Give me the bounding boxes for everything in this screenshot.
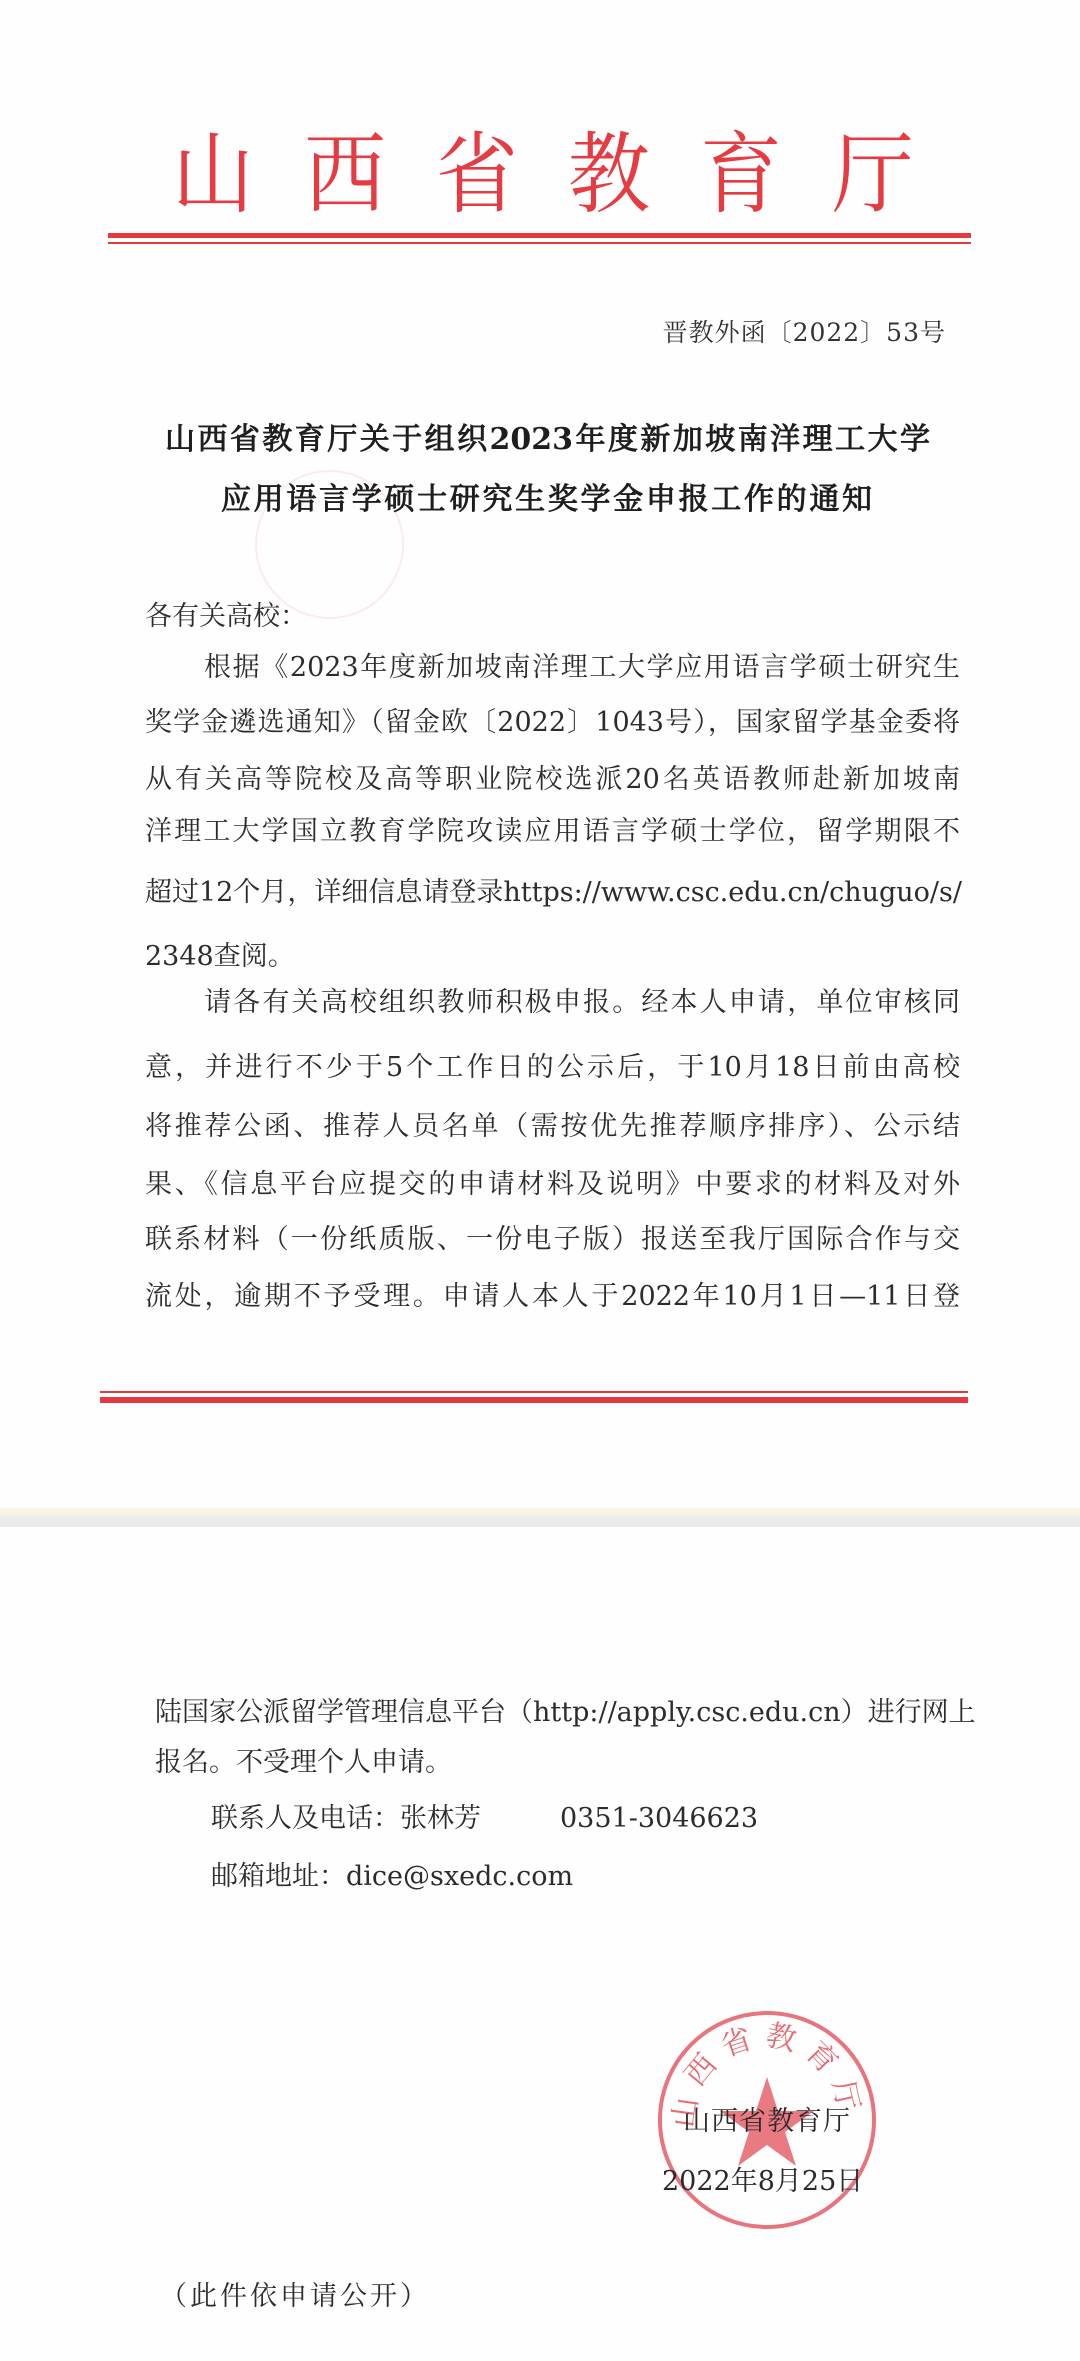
contact-label: 联系人及电话：张林芳 (211, 1799, 481, 1839)
document-page-1: 山 西 省 教 育 厅 晋教外函〔2022〕53号 山西省教育厅关于组织2023… (0, 0, 1080, 1508)
body-line: 流处，逾期不予受理。申请人本人于2022年10月1日—11日登 (145, 1277, 960, 1317)
document-page-2: 陆国家公派留学管理信息平台（http://apply.csc.edu.cn）进行… (0, 1527, 1080, 2361)
masthead-char: 山 (172, 124, 254, 228)
footer-rule-thick (100, 1397, 968, 1403)
masthead-char: 西 (304, 124, 386, 228)
masthead-rule-thin (108, 242, 971, 244)
body-line: 报名。不受理个人申请。 (155, 1743, 452, 1783)
masthead-char: 教 (568, 124, 650, 228)
contact-email: 邮箱地址：dice@sxedc.com (211, 1857, 573, 1897)
page-separator (0, 1508, 1080, 1527)
body-line: 请各有关高校组织教师积极申报。经本人申请，单位审核同 (204, 983, 960, 1023)
salutation: 各有关高校： (145, 597, 307, 637)
body-line: 2348查阅。 (145, 937, 295, 977)
body-line: 意，并进行不少于5个工作日的公示后，于10月18日前由高校 (145, 1048, 960, 1088)
document-number: 晋教外函〔2022〕53号 (663, 315, 946, 351)
masthead-char: 省 (436, 124, 518, 228)
masthead-char: 厅 (832, 124, 914, 228)
masthead-char: 育 (700, 124, 782, 228)
body-line: 果、《信息平台应提交的申请材料及说明》中要求的材料及对外 (145, 1165, 960, 1205)
notice-title-line-1: 山西省教育厅关于组织2023年度新加坡南洋理工大学 (165, 418, 930, 462)
body-line: 超过12个月，详细信息请登录https://www.csc.edu.cn/chu… (145, 873, 960, 913)
body-line: 洋理工大学国立教育学院攻读应用语言学硕士学位，留学期限不 (145, 812, 960, 852)
notice-title-line-2: 应用语言学硕士研究生奖学金申报工作的通知 (221, 478, 872, 522)
body-line: 联系材料（一份纸质版、一份电子版）报送至我厅国际合作与交 (145, 1220, 960, 1260)
masthead-title: 山 西 省 教 育 厅 (172, 124, 914, 228)
signature-org: 山西省教育厅 (683, 2102, 851, 2142)
footer-rule-thin (100, 1391, 968, 1393)
contact-phone: 0351-3046623 (560, 1799, 758, 1839)
body-line: 陆国家公派留学管理信息平台（http://apply.csc.edu.cn）进行… (155, 1693, 960, 1733)
body-line: 从有关高等院校及高等职业院校选派20名英语教师赴新加坡南 (145, 760, 960, 800)
disclosure-note: （此件依申请公开） (160, 2277, 430, 2317)
body-line: 奖学金遴选通知》（留金欧〔2022〕1043号），国家留学基金委将 (145, 703, 960, 743)
body-line: 将推荐公函、推荐人员名单（需按优先推荐顺序排序）、公示结 (145, 1107, 960, 1147)
body-line: 根据《2023年度新加坡南洋理工大学应用语言学硕士研究生 (204, 648, 960, 688)
signature-date: 2022年8月25日 (662, 2162, 863, 2202)
masthead-rule-thick (108, 233, 971, 238)
